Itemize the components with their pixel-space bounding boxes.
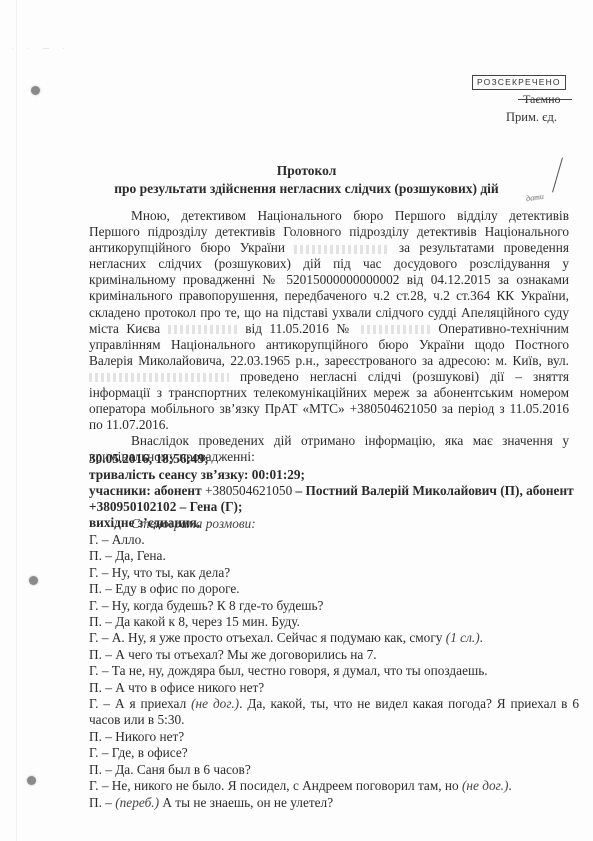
- session-duration: тривалість сеансу зв’язку: 00:01:29;: [89, 467, 579, 483]
- line-text: П. – А что в офисе никого нет?: [89, 680, 264, 695]
- transcript-line: П. – (переб.) А ты не знаешь, он не улет…: [89, 795, 579, 811]
- line-note: (переб.): [115, 795, 159, 810]
- transcript-line: Г. – Та не, ну, дождяра был, честно гово…: [89, 663, 579, 679]
- redacted-name: [294, 245, 389, 254]
- line-text: Г. – А я приехал: [89, 696, 191, 711]
- scanned-page: · · — · РОЗСЕКРЕЧЕНО Таємно Прим. єд. Пр…: [0, 0, 593, 841]
- line-text: Г. – Ну, когда будешь? К 8 где-то будешь…: [89, 598, 323, 613]
- declassified-stamp: РОЗСЕКРЕЧЕНО: [472, 75, 566, 90]
- line-text: П. –: [89, 795, 115, 810]
- punch-hole: [31, 86, 40, 95]
- line-text: Г. – Где, в офисе?: [89, 745, 188, 760]
- session-participants: учасники: абонент +380504621050 – Постни…: [89, 483, 579, 515]
- line-text: Г. – Ну, что ты, как дела?: [89, 565, 230, 580]
- punch-hole: [27, 776, 36, 785]
- handwritten-note: дати: [525, 192, 544, 203]
- line-text: П. – Да, Гена.: [89, 548, 166, 563]
- transcript-line: П. – Да. Саня был в 6 часов?: [89, 762, 579, 778]
- intro-body: Мною, детективом Національного бюро Перш…: [89, 208, 569, 466]
- strikethrough-line: [518, 99, 572, 100]
- redacted-ruling-number: [361, 325, 431, 334]
- line-text: П. – А чего ты отъехал? Мы же договорили…: [89, 647, 377, 662]
- line-after: А ты не знаешь, он не улетел?: [159, 795, 333, 810]
- line-note: (1 сл.): [446, 630, 480, 645]
- session-datetime: 30.05.2016, 18:56:49;: [89, 451, 579, 467]
- line-text: Г. – А. Ну, я уже просто отъехал. Сейчас…: [89, 630, 446, 645]
- participant-phone: +380504621050: [205, 483, 292, 498]
- transcript-line: П. – Никого нет?: [89, 729, 579, 745]
- line-text: П. – Еду в офис по дороге.: [89, 581, 240, 596]
- scan-margin: [16, 0, 17, 841]
- document-subtitle: про результати здійснення негласних слід…: [10, 181, 593, 197]
- line-text: Г. – Не, никого не было. Я посидел, с Ан…: [89, 778, 462, 793]
- transcript-line: Г. – Алло.: [89, 532, 579, 548]
- line-note: (не дог.): [191, 696, 239, 711]
- line-text: П. – Никого нет?: [89, 729, 184, 744]
- line-note: (не дог.): [462, 778, 508, 793]
- transcript-line: Г. – А я приехал (не дог.). Да, какой, т…: [89, 696, 579, 729]
- transcript-line: П. – Еду в офис по дороге.: [89, 581, 579, 597]
- line-after: .: [508, 778, 511, 793]
- transcript: Г. – Алло. П. – Да, Гена. Г. – Ну, что т…: [89, 532, 579, 811]
- scan-specks: · · — ·: [12, 46, 71, 52]
- transcript-line: Г. – Ну, когда будешь? К 8 где-то будешь…: [89, 598, 579, 614]
- transcript-line: П. – А чего ты отъехал? Мы же договорили…: [89, 647, 579, 663]
- redacted-case-number: [168, 325, 238, 334]
- line-after: .: [480, 630, 483, 645]
- intro-paragraph-1: Мною, детективом Національного бюро Перш…: [89, 208, 569, 433]
- line-text: Г. – Та не, ну, дождяра был, честно гово…: [89, 663, 488, 678]
- transcript-line: Г. – Ну, что ты, как дела?: [89, 565, 579, 581]
- participants-label: учасники: абонент: [89, 483, 205, 498]
- transcript-line: П. – Да, Гена.: [89, 548, 579, 564]
- copy-label: Прим. єд.: [506, 110, 557, 125]
- line-text: П. – Да. Саня был в 6 часов?: [89, 762, 251, 777]
- line-text: Г. – Алло.: [89, 532, 145, 547]
- transcript-label: Стенограма розмови:: [131, 516, 256, 532]
- line-text: П. – Да какой к 8, через 15 мин. Буду.: [89, 614, 300, 629]
- transcript-line: Г. – А. Ну, я уже просто отъехал. Сейчас…: [89, 630, 579, 646]
- transcript-line: Г. – Не, никого не было. Я посидел, с Ан…: [89, 778, 579, 794]
- document-title: Протокол: [10, 163, 593, 179]
- intro-text-c: від 11.05.2016 №: [245, 321, 353, 336]
- transcript-line: Г. – Где, в офисе?: [89, 745, 579, 761]
- transcript-line: П. – А что в офисе никого нет?: [89, 680, 579, 696]
- redacted-address: [89, 373, 229, 382]
- transcript-line: П. – Да какой к 8, через 15 мин. Буду.: [89, 614, 579, 630]
- punch-hole: [29, 576, 38, 585]
